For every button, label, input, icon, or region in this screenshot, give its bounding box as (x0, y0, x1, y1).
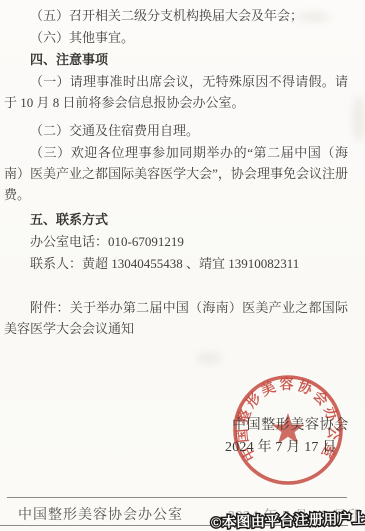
body-paragraph-note3: （三）欢迎各位理事参加同期举办的“第二届中国（海南）医美产业之都国际美容医学大会… (4, 142, 348, 205)
body-paragraph-item6: （六）其他事宜。 (4, 27, 348, 48)
signature-organization: 中国整形美容协会 (232, 414, 349, 434)
body-paragraph-note2: （二）交通及住宿费用自理。 (4, 120, 348, 141)
section-heading-notes: 四、注意事项 (4, 49, 348, 70)
footer-issuer: 中国整形美容协会办公室 (18, 504, 183, 524)
body-paragraph-contact-persons: 联系人：黄超 13040455438 、靖宜 13910082311 (4, 253, 348, 274)
signature-date: 2024 年 7 月 17 日 (225, 436, 337, 456)
notice-body: （五）召开相关二级分支机构换届大会及年会； （六）其他事宜。 四、注意事项 （一… (4, 5, 348, 340)
body-paragraph-attachment: 附件：关于举办第二届中国（海南）医美产业之都国际美容医学大会会议通知 (4, 297, 348, 339)
body-paragraph-note1: （一）请理事准时出席会议，无特殊原因不得请假。请于 10 月 8 日前将参会信息… (4, 71, 348, 113)
scan-smudge (352, 96, 365, 142)
footer-divider-top (7, 497, 347, 498)
body-paragraph-office-phone: 办公室电话：010-67091219 (4, 231, 348, 252)
scanned-notice-page: （五）召开相关二级分支机构换届大会及年会； （六）其他事宜。 四、注意事项 （一… (0, 0, 365, 531)
platform-watermark: ©本图由平台注册用户上传 ©本图由平台注册用户上传 (211, 508, 365, 531)
section-heading-contact: 五、联系方式 (4, 209, 348, 230)
scan-smudge (196, 352, 222, 364)
body-paragraph-item5: （五）召开相关二级分支机构换届大会及年会； (4, 5, 348, 26)
